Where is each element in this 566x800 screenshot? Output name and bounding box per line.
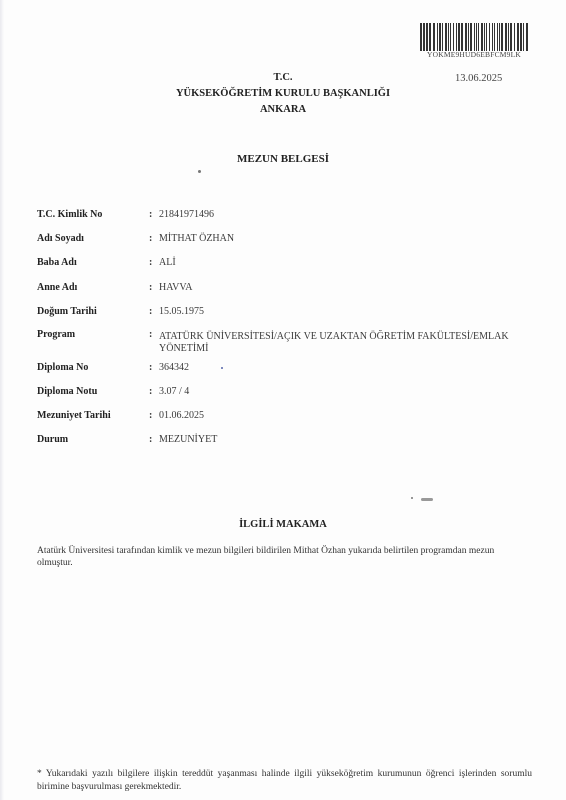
field-label: Diploma Notu: [37, 386, 97, 397]
field-value: 21841971496: [159, 209, 529, 221]
scan-speck: [411, 497, 413, 499]
barcode-icon: [420, 23, 528, 51]
scan-edge: [0, 0, 4, 800]
field-colon: :: [149, 257, 152, 268]
scan-speck: [198, 170, 201, 173]
field-value: 3.07 / 4: [159, 386, 529, 398]
field-label: Durum: [37, 434, 68, 445]
field-value: ATATÜRK ÜNİVERSİTESİ/AÇIK VE UZAKTAN ÖĞR…: [159, 331, 529, 355]
field-colon: :: [149, 233, 152, 244]
field-label: T.C. Kimlik No: [37, 209, 102, 220]
document-page: YOKME9HUD6EBFCM9LK 13.06.2025 T.C. YÜKSE…: [0, 0, 566, 800]
field-value: MEZUNİYET: [159, 434, 529, 446]
scan-speck: [221, 367, 223, 369]
field-value: MİTHAT ÖZHAN: [159, 233, 529, 245]
field-label: Mezuniyet Tarihi: [37, 410, 111, 421]
field-value: HAVVA: [159, 282, 529, 294]
field-colon: :: [149, 434, 152, 445]
field-colon: :: [149, 209, 152, 220]
field-label: Baba Adı: [37, 257, 77, 268]
header-line-country: T.C.: [0, 70, 566, 86]
document-title: MEZUN BELGESİ: [0, 153, 566, 165]
barcode-bar: [526, 23, 528, 51]
field-label: Program: [37, 329, 75, 340]
field-label: Anne Adı: [37, 282, 77, 293]
field-label: Diploma No: [37, 362, 88, 373]
header-line-institution: YÜKSEKÖĞRETİM KURULU BAŞKANLIĞI: [0, 86, 566, 102]
barcode-code: YOKME9HUD6EBFCM9LK: [420, 50, 528, 59]
footnote: * Yukarıdaki yazılı bilgilere ilişkin te…: [37, 768, 532, 793]
field-colon: :: [149, 282, 152, 293]
field-colon: :: [149, 386, 152, 397]
field-colon: :: [149, 329, 152, 340]
field-value: 01.06.2025: [159, 410, 529, 422]
header-line-city: ANKARA: [0, 102, 566, 118]
issuer-header: T.C. YÜKSEKÖĞRETİM KURULU BAŞKANLIĞI ANK…: [0, 70, 566, 118]
field-value: 364342: [159, 362, 529, 374]
field-label: Adı Soyadı: [37, 233, 84, 244]
scan-speck: [421, 498, 433, 501]
field-colon: :: [149, 306, 152, 317]
field-label: Doğum Tarihi: [37, 306, 97, 317]
field-value: ALİ: [159, 257, 529, 269]
field-colon: :: [149, 410, 152, 421]
field-value: 15.05.1975: [159, 306, 529, 318]
field-colon: :: [149, 362, 152, 373]
section-title: İLGİLİ MAKAMA: [0, 519, 566, 530]
certification-text: Atatürk Üniversitesi tarafından kimlik v…: [37, 545, 527, 569]
